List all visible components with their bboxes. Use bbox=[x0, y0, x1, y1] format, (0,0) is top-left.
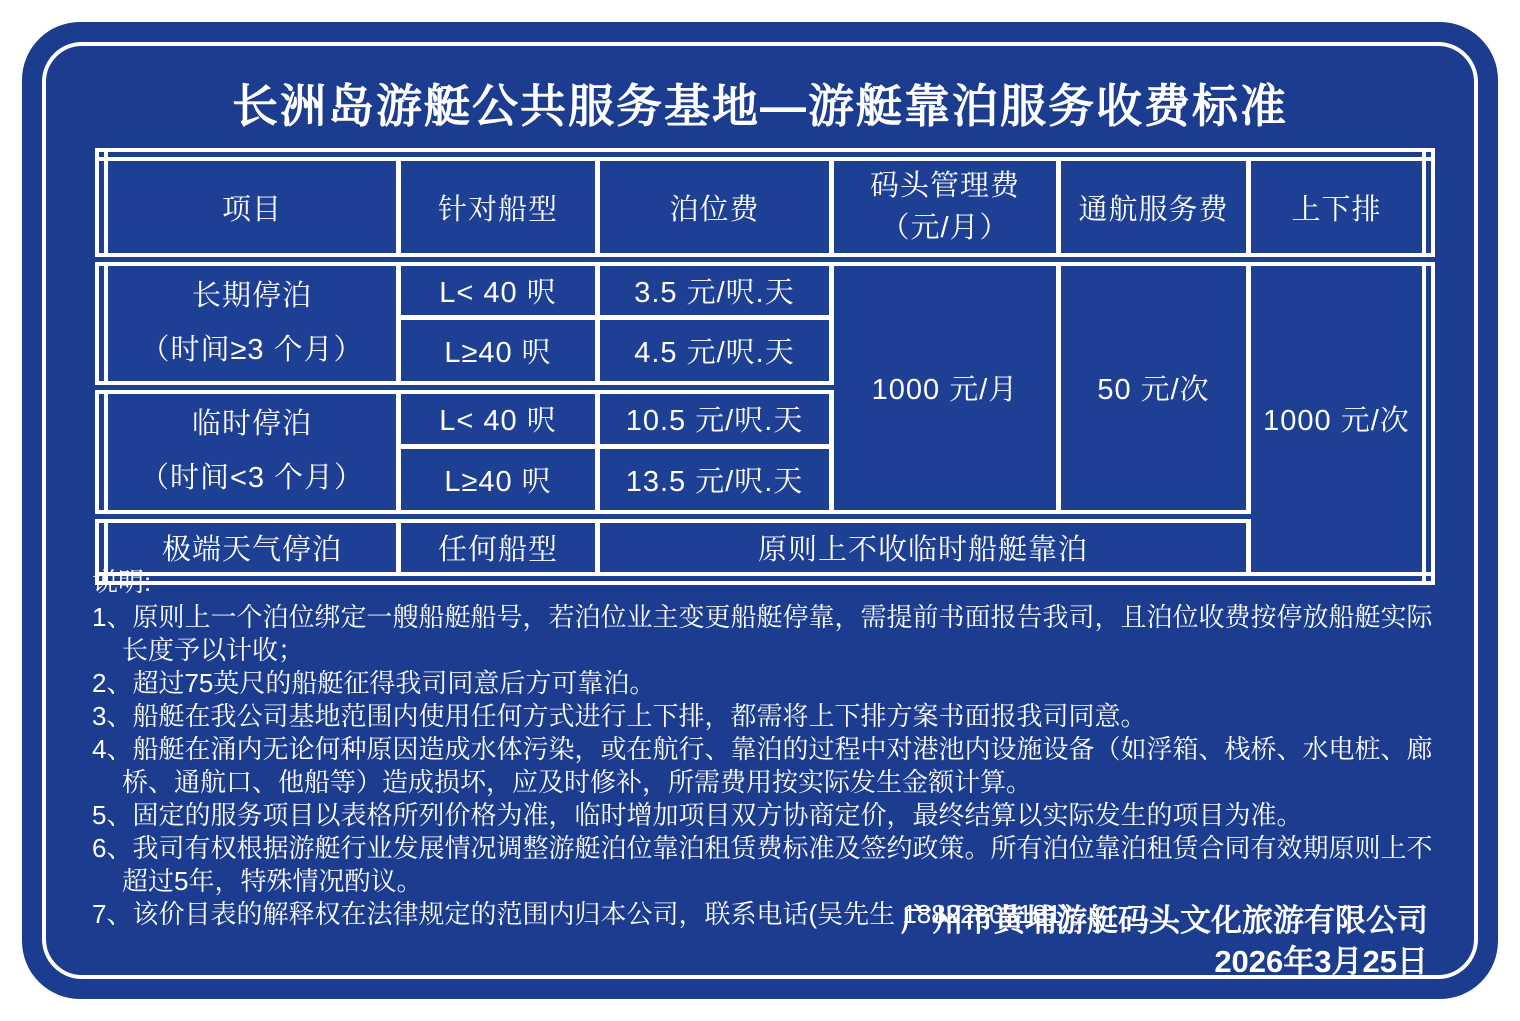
cell-long-term-item: 长期停泊 （时间≥3 个月） bbox=[102, 260, 399, 388]
cell-temporary-item: 临时停泊 （时间<3 个月） bbox=[102, 388, 399, 516]
sign-title: 长洲岛游艇公共服务基地—游艇靠泊服务收费标准 bbox=[0, 70, 1520, 136]
header-navigation-service-fee: 通航服务费 bbox=[1059, 155, 1249, 260]
long-term-label: 长期停泊 bbox=[114, 270, 390, 324]
header-berth-fee: 泊位费 bbox=[598, 155, 832, 260]
cell-berth-fee: 4.5 元/呎.天 bbox=[598, 318, 832, 388]
cell-boat-type: L< 40 呎 bbox=[399, 388, 598, 446]
table-row: 长期停泊 （时间≥3 个月） L< 40 呎 3.5 元/呎.天 1000 元/… bbox=[102, 260, 1429, 318]
temporary-duration: （时间<3 个月） bbox=[114, 452, 390, 506]
cell-berth-fee: 10.5 元/呎.天 bbox=[598, 388, 832, 446]
notes-section: 说明: 1、原则上一个泊位绑定一艘船艇船号，若泊位业主变更船艇停靠，需提前书面报… bbox=[92, 566, 1438, 931]
table-header-row: 项目 针对船型 泊位费 码头管理费 （元/月） 通航服务费 上下排 bbox=[102, 155, 1429, 260]
cell-berth-fee: 13.5 元/呎.天 bbox=[598, 446, 832, 516]
header-dock-management-fee-line1: 码头管理费 bbox=[840, 165, 1050, 207]
cell-dock-management-fee: 1000 元/月 bbox=[832, 260, 1059, 517]
note-item-6: 6、我司有权根据游艇行业发展情况调整游艇泊位靠泊租赁费标准及签约政策。所有泊位靠… bbox=[92, 832, 1438, 898]
fee-table: 项目 针对船型 泊位费 码头管理费 （元/月） 通航服务费 上下排 长期停泊 （… bbox=[95, 148, 1435, 585]
header-boat-type: 针对船型 bbox=[399, 155, 598, 260]
header-dock-management-fee-line2: （元/月） bbox=[840, 207, 1050, 249]
note-item-2: 2、超过75英尺的船艇征得我司同意后方可靠泊。 bbox=[92, 667, 1438, 700]
note-item-4: 4、船艇在涌内无论何种原因造成水体污染，或在航行、靠泊的过程中对港池内设施设备（… bbox=[92, 733, 1438, 799]
header-lift: 上下排 bbox=[1249, 155, 1429, 260]
note-item-1: 1、原则上一个泊位绑定一艘船艇船号，若泊位业主变更船艇停靠，需提前书面报告我司，… bbox=[92, 601, 1438, 667]
footer: 广州市黄埔游艇码头文化旅游有限公司 2026年3月25日 bbox=[901, 900, 1428, 982]
cell-boat-type: L< 40 呎 bbox=[399, 260, 598, 318]
long-term-duration: （时间≥3 个月） bbox=[114, 324, 390, 378]
cell-boat-type: L≥40 呎 bbox=[399, 318, 598, 388]
footer-date: 2026年3月25日 bbox=[901, 941, 1428, 982]
cell-boat-type: L≥40 呎 bbox=[399, 446, 598, 516]
header-dock-management-fee: 码头管理费 （元/月） bbox=[832, 155, 1059, 260]
footer-company-name: 广州市黄埔游艇码头文化旅游有限公司 bbox=[901, 900, 1428, 941]
cell-berth-fee: 3.5 元/呎.天 bbox=[598, 260, 832, 318]
note-item-3: 3、船艇在我公司基地范围内使用任何方式进行上下排，都需将上下排方案书面报我司同意… bbox=[92, 700, 1438, 733]
temporary-label: 临时停泊 bbox=[114, 398, 390, 452]
cell-lift-fee: 1000 元/次 bbox=[1249, 260, 1429, 579]
notes-heading: 说明: bbox=[92, 566, 1438, 599]
sign-page: 长洲岛游艇公共服务基地—游艇靠泊服务收费标准 项目 针对船型 泊位费 码头管理费… bbox=[0, 0, 1520, 1021]
note-item-5: 5、固定的服务项目以表格所列价格为准，临时增加项目双方协商定价，最终结算以实际发… bbox=[92, 799, 1438, 832]
cell-navigation-service-fee: 50 元/次 bbox=[1059, 260, 1249, 517]
header-item: 项目 bbox=[102, 155, 399, 260]
